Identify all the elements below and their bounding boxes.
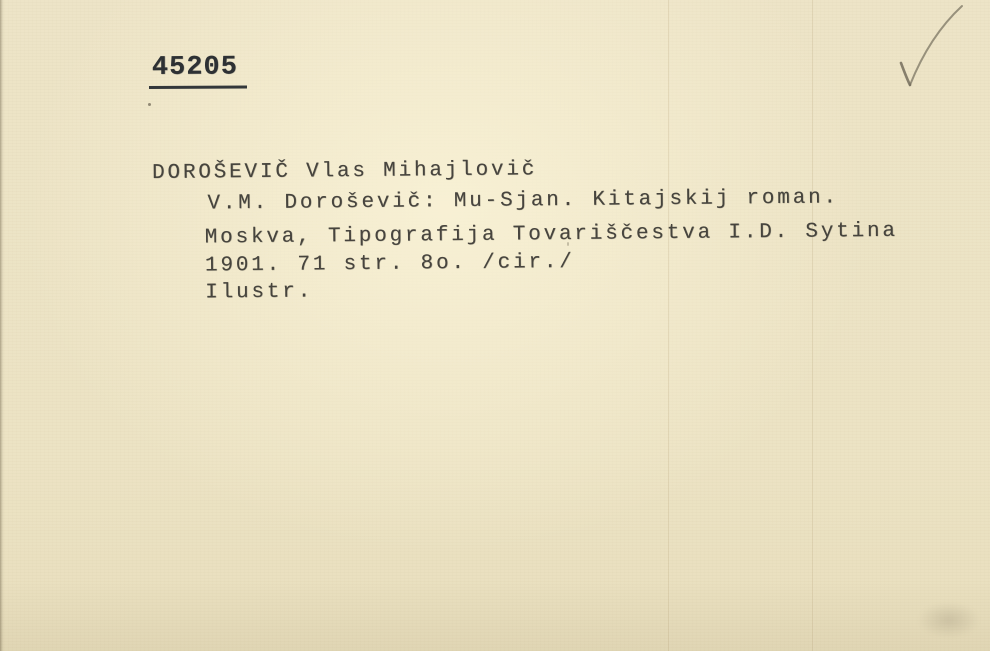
pencil-checkmark-icon <box>888 2 972 98</box>
imprint-line-2: 1901. 71 str. 8o. /cir./ <box>205 251 575 278</box>
author-heading: DOROŠEVIČ Vlas Mihajlovič <box>152 158 537 185</box>
illustration-note: Ilustr. <box>205 280 313 304</box>
paper-smudge <box>918 602 980 638</box>
imprint-line-1: Moskva, Tipografija Tovariščestva I.D. S… <box>205 220 898 250</box>
typed-text-block: DOROŠEVIČ Vlas Mihajlovič V.M. Doroševič… <box>152 154 954 332</box>
ink-speckle <box>148 103 151 106</box>
catalog-card: 45205 DOROŠEVIČ Vlas Mihajlovič V.M. Dor… <box>0 0 990 651</box>
title-line: V.M. Doroševič: Mu-Sjan. Kitajskij roman… <box>207 186 839 215</box>
catalog-number: 45205 <box>149 52 247 89</box>
